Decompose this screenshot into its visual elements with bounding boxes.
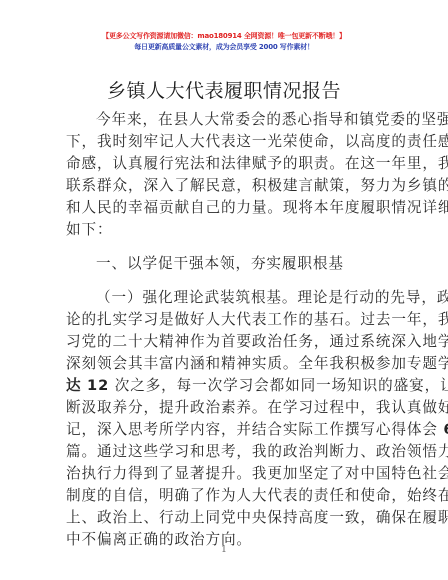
subsection-1-line-11: 上、政治上、行动上同党中央保持高度一致，确保在履职过程 [66, 507, 384, 529]
paragraph-gap [66, 275, 384, 287]
subsection-1-line-4: 深刻领会其丰富内涵和精神实质。全年我积极参加专题学习会 [66, 353, 384, 375]
document-title: 乡镇人大代表履职情况报告 [0, 76, 448, 103]
page-number: 1 [0, 545, 448, 555]
subsection-1-line-6: 断汲取养分，提升政治素养。在学习过程中，我认真做好笔 [66, 397, 384, 419]
line-5-suffix: 次之多，每一次学习会都如同一场知识的盛宴，让我不 [115, 377, 448, 394]
line-5-prefix: 达 [66, 377, 82, 394]
line-7-prefix: 记，深入思考所学内容，并结合实际工作撰写心得体会 [66, 421, 438, 438]
subsection-1-line-2: 论的扎实学习是做好人大代表工作的基石。过去一年，我将学 [66, 309, 384, 331]
document-body: 今年来，在县人大常委会的悉心指导和镇党委的坚强领导 下，我时刻牢记人大代表这一光… [66, 109, 384, 551]
intro-line-6: 如下： [66, 219, 384, 241]
subsection-1-line-8: 篇。通过这些学习和思考，我的政治判断力、政治领悟力、政 [66, 441, 384, 463]
intro-line-1: 今年来，在县人大常委会的悉心指导和镇党委的坚强领导 [66, 109, 384, 131]
section-1-heading: 一、以学促干强本领，夯实履职根基 [66, 253, 384, 275]
intro-line-5: 和人民的幸福贡献自己的力量。现将本年度履职情况详细报告 [66, 197, 384, 219]
promo-banner-line-1: 【更多公文写作资源请加微信：mao180914 全网资源！唯一包更新不断哦！】 [0, 31, 448, 41]
document-page: 【更多公文写作资源请加微信：mao180914 全网资源！唯一包更新不断哦！】 … [0, 0, 448, 580]
promo-banner-line-2: 每日更新高质量公文素材，成为会员享受 2000 写作素材！ [0, 42, 448, 52]
subsection-1-line-9: 治执行力得到了显著提升。我更加坚定了对中国特色社会主义 [66, 463, 384, 485]
subsection-1-line-7: 记，深入思考所学内容，并结合实际工作撰写心得体会 6 [66, 419, 384, 441]
paragraph-gap [66, 241, 384, 253]
subsection-1-line-3: 习党的二十大精神作为首要政治任务，通过系统深入地学习， [66, 331, 384, 353]
essay-count: 6 [443, 421, 448, 438]
subsection-1-line-10: 制度的自信，明确了作为人大代表的责任和使命，始终在思想 [66, 485, 384, 507]
study-session-count: 12 [87, 377, 109, 394]
intro-line-2: 下，我时刻牢记人大代表这一光荣使命，以高度的责任感和使 [66, 131, 384, 153]
subsection-1-line-1: （一）强化理论武装筑根基。理论是行动的先导，政治理 [66, 287, 384, 309]
intro-line-3: 命感，认真履行宪法和法律赋予的职责。在这一年里，我密切 [66, 153, 384, 175]
intro-line-4: 联系群众，深入了解民意，积极建言献策，努力为乡镇的发展 [66, 175, 384, 197]
subsection-1-line-5: 达 12 次之多，每一次学习会都如同一场知识的盛宴，让我不 [66, 375, 384, 397]
